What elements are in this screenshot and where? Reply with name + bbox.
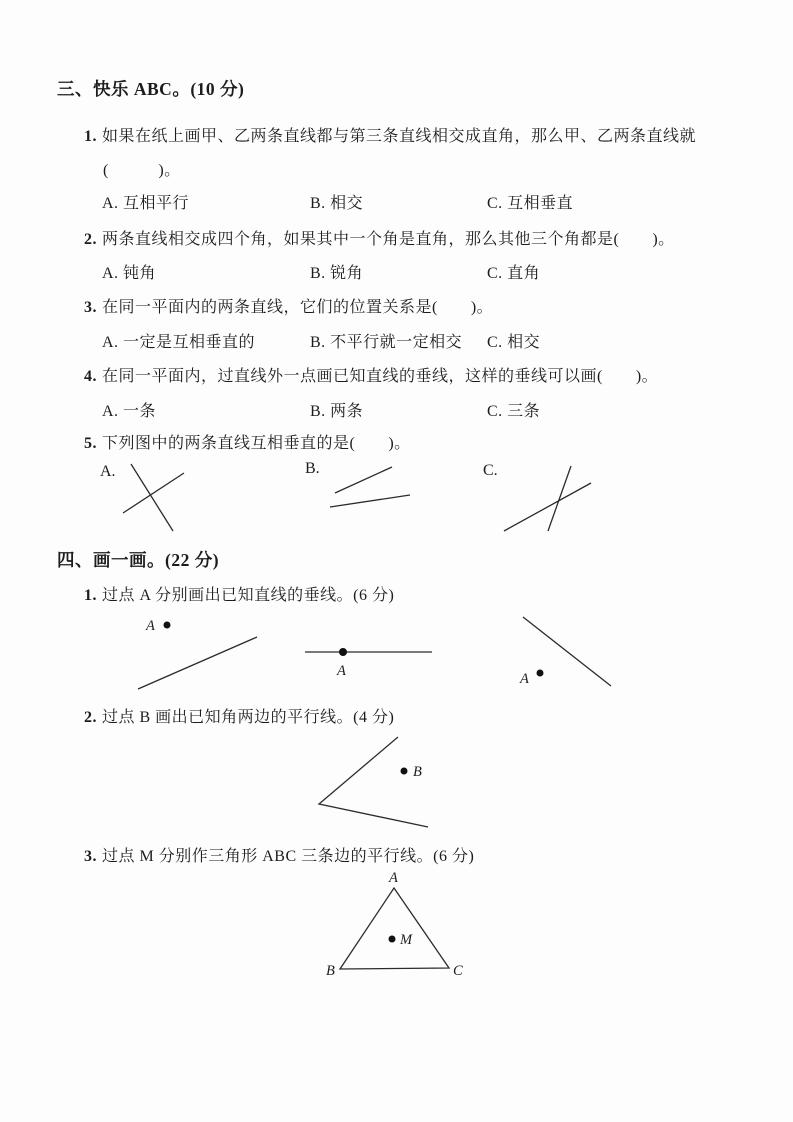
s4-q3-text: 过点 M 分别作三角形 ABC 三条边的平行线。(6 分): [102, 848, 474, 865]
s3-q5-text: 下列图中的两条直线互相垂直的是( )。: [102, 435, 411, 452]
point-a-dot-1: [164, 622, 171, 629]
s3-q4-option-c: C. 三条: [487, 398, 540, 421]
s3-q3-text: 在同一平面内的两条直线，它们的位置关系是( )。: [102, 299, 493, 316]
s4-q2-figure-angle-with-point-b: B: [295, 722, 460, 837]
triangle-abc: [340, 888, 449, 969]
s3-q3-number: 3.: [84, 299, 97, 316]
s3-q5-figure-a-crossing-lines: [112, 452, 202, 542]
s3-q5-number: 5.: [84, 435, 97, 452]
s3-q3-option-a: A. 一定是互相垂直的: [102, 329, 255, 352]
point-b-dot: [401, 768, 408, 775]
point-a-dot-3: [537, 670, 544, 677]
s3-q3-option-b: B. 不平行就一定相交: [310, 329, 462, 352]
point-m-dot: [389, 936, 396, 943]
point-a-label-2: A: [336, 663, 346, 679]
s3-q4-text: 在同一平面内，过直线外一点画已知直线的垂线，这样的垂线可以画( )。: [102, 368, 658, 385]
figure-b-line-2: [330, 495, 410, 507]
s3-q2-option-c: C. 直角: [487, 260, 540, 283]
s3-q1-option-a: A. 互相平行: [102, 190, 189, 213]
s4-q3-number: 3.: [84, 848, 97, 865]
s4-q2-number: 2.: [84, 709, 97, 726]
given-line-3: [523, 617, 611, 686]
point-a-label-1: A: [145, 618, 155, 634]
s4-q1-text: 过点 A 分别画出已知直线的垂线。(6 分): [102, 587, 394, 604]
section-four-heading: 四、画一画。(22 分): [57, 547, 219, 572]
s4-q3-line: 3.过点 M 分别作三角形 ABC 三条边的平行线。(6 分): [84, 843, 474, 866]
s3-q4-number: 4.: [84, 368, 97, 385]
figure-c-line-2: [504, 483, 591, 531]
figure-a-line-1: [131, 464, 173, 531]
s3-q3-line: 3.在同一平面内的两条直线，它们的位置关系是( )。: [84, 294, 493, 317]
given-line-1: [138, 637, 257, 689]
s3-q1-answer-blank: ( )。: [103, 157, 181, 180]
s3-q2-line: 2.两条直线相交成四个角，如果其中一个角是直角，那么其他三个角都是( )。: [84, 226, 675, 249]
point-a-dot-2: [339, 648, 347, 656]
s3-q5-figure-c-oblique-crossing-lines: [498, 455, 598, 540]
s4-q1-line: 1.过点 A 分别画出已知直线的垂线。(6 分): [84, 582, 394, 605]
s3-q1-option-c: C. 互相垂直: [487, 190, 573, 213]
vertex-a-label: A: [388, 870, 398, 886]
s4-q1-figures-lines-with-point-a: A A A: [118, 603, 623, 703]
s3-q2-number: 2.: [84, 231, 97, 248]
s3-q2-option-a: A. 钝角: [102, 260, 156, 283]
s3-q1-text: 如果在纸上画甲、乙两条直线都与第三条直线相交成直角，那么甲、乙两条直线就: [102, 128, 696, 145]
section-three-heading: 三、快乐 ABC。(10 分): [57, 76, 244, 101]
s3-q2-option-b: B. 锐角: [310, 260, 363, 283]
s3-q5-figure-b-nonparallel-lines: [325, 460, 420, 515]
s4-q3-figure-triangle-abc-with-point-m: A B C M: [315, 868, 480, 986]
s3-q4-option-a: A. 一条: [102, 398, 156, 421]
s3-q3-option-c: C. 相交: [487, 329, 540, 352]
s3-q2-text: 两条直线相交成四个角，如果其中一个角是直角，那么其他三个角都是( )。: [102, 231, 675, 248]
vertex-b-label: B: [326, 963, 335, 979]
s3-q5-figure-label-c: C.: [483, 462, 498, 480]
s3-q1-number: 1.: [84, 128, 97, 145]
s4-q1-number: 1.: [84, 587, 97, 604]
s3-q5-figure-label-b: B.: [305, 460, 320, 478]
figure-a-line-2: [123, 473, 184, 513]
figure-b-line-1: [335, 467, 392, 493]
vertex-c-label: C: [453, 963, 463, 979]
s3-q4-line: 4.在同一平面内，过直线外一点画已知直线的垂线，这样的垂线可以画( )。: [84, 363, 658, 386]
worksheet-page: 三、快乐 ABC。(10 分) 1.如果在纸上画甲、乙两条直线都与第三条直线相交…: [0, 0, 793, 1122]
s3-q5-line: 5.下列图中的两条直线互相垂直的是( )。: [84, 430, 411, 453]
point-m-label: M: [399, 932, 413, 948]
angle-sides: [319, 737, 428, 827]
s3-q4-option-b: B. 两条: [310, 398, 363, 421]
point-a-label-3: A: [519, 671, 529, 687]
s3-q1-option-b: B. 相交: [310, 190, 363, 213]
figure-c-line-1: [548, 466, 571, 531]
s3-q1-line1: 1.如果在纸上画甲、乙两条直线都与第三条直线相交成直角，那么甲、乙两条直线就: [84, 123, 696, 146]
point-b-label: B: [413, 764, 422, 780]
